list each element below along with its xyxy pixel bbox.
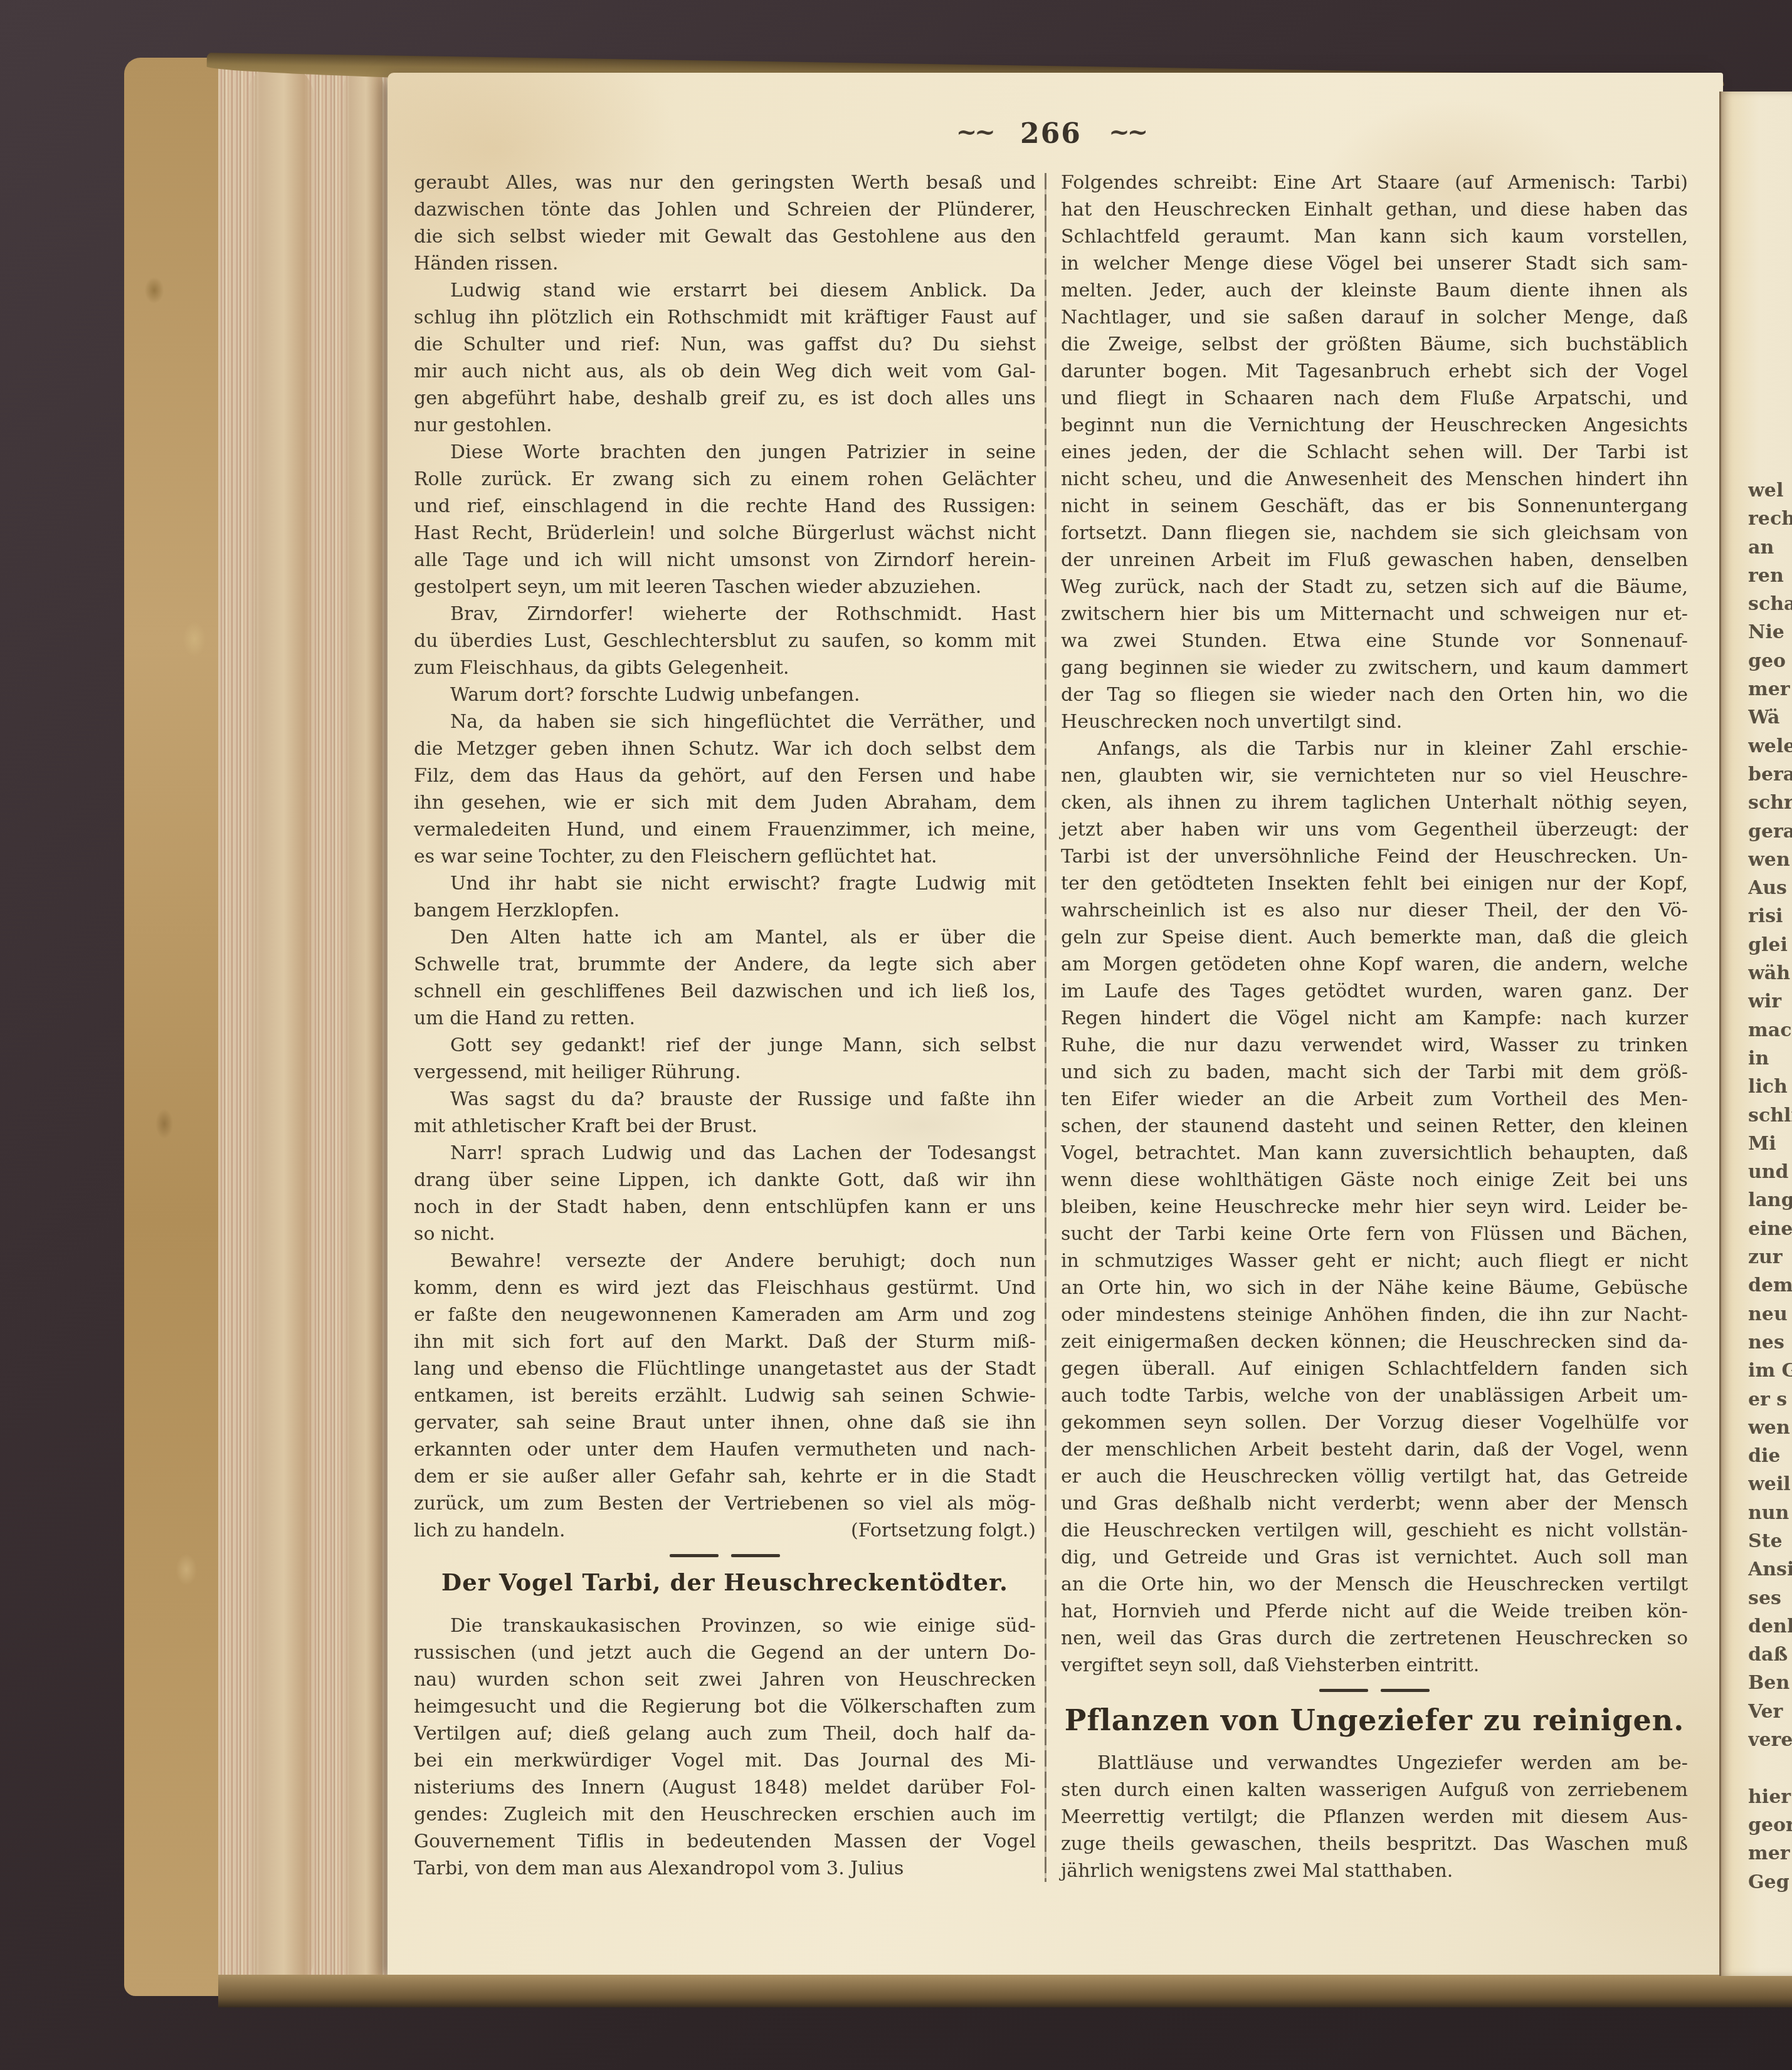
article-line: nicht scheu, und die Anwesenheit des Men… — [1061, 466, 1688, 493]
story-line: Narr! sprach Ludwig und das Lachen der T… — [414, 1140, 1036, 1167]
header-ornament-right: ~~ — [1109, 117, 1146, 147]
article-line: Regen hindert die Vögel nicht am Kampfe:… — [1061, 1005, 1688, 1032]
story-line: zum Fleischhaus, da gibts Gelegenheit. — [414, 654, 1036, 681]
article-line: der Tag so fliegen sie wieder nach den O… — [1061, 681, 1688, 708]
story-line: gestolpert seyn, um mit leeren Taschen w… — [414, 574, 1036, 601]
article-line: der menschlichen Arbeit besteht darin, d… — [1061, 1436, 1688, 1463]
edge-fragment: Ben — [1748, 1669, 1792, 1697]
story-line: die Schulter und rief: Nun, was gaffst d… — [414, 331, 1036, 358]
article-line: gegen überall. Auf einigen Schlachtfelde… — [1061, 1355, 1688, 1382]
article-line: auch todte Tarbis, welche von der unablä… — [1061, 1382, 1688, 1409]
book-bottom-edge — [218, 1975, 1792, 2007]
article-heading: Der Vogel Tarbi, der Heuschreckentödter. — [414, 1566, 1036, 1599]
article-line: die Heuschrecken vertilgen will, geschie… — [1061, 1517, 1688, 1544]
second-article-heading: Pflanzen von Ungeziefer zu reinigen. — [1061, 1701, 1688, 1740]
story-line: vermaledeiten Hund, und einem Frauenzimm… — [414, 816, 1036, 843]
header-ornament-left: ~~ — [956, 117, 993, 147]
story-closing-text: lich zu handeln. — [414, 1517, 565, 1544]
edge-fragment: scha — [1748, 590, 1792, 618]
article-line: gekommen seyn sollen. Der Vorzug dieser … — [1061, 1409, 1688, 1436]
story-line: zurück, um zum Besten der Vertriebenen s… — [414, 1490, 1036, 1517]
page-number: 266 — [1020, 118, 1082, 150]
edge-fragment: und — [1748, 1158, 1792, 1186]
article-line: nisteriums des Innern (August 1848) meld… — [414, 1774, 1036, 1801]
article-line: ter den getödteten Insekten fehlt bei ei… — [1061, 870, 1688, 897]
story-line: Den Alten hatte ich am Mantel, als er üb… — [414, 924, 1036, 951]
edge-fragment: schr — [1748, 789, 1792, 817]
article-line: zuge theils gewaschen, theils bespritzt.… — [1061, 1831, 1688, 1857]
story-line: schlug ihn plötzlich ein Rothschmidt mit… — [414, 304, 1036, 331]
story-line: die sich selbst wieder mit Gewalt das Ge… — [414, 223, 1036, 250]
story-line: ihn mit sich fort auf den Markt. Daß der… — [414, 1328, 1036, 1355]
edge-fragment: Nie — [1748, 618, 1792, 646]
right-column: Folgendes schreibt: Eine Art Staare (auf… — [1061, 169, 1688, 1884]
article-line: hat, Hornvieh und Pferde nicht auf die W… — [1061, 1598, 1688, 1625]
story-line: drang über seine Lippen, ich dankte Gott… — [414, 1167, 1036, 1194]
article-line: russischen (und jetzt auch die Gegend an… — [414, 1639, 1036, 1666]
article-line: am Morgen getödeten ohne Kopf waren, die… — [1061, 951, 1688, 978]
curled-page-edge — [246, 65, 315, 1991]
article-line: bei ein merkwürdiger Vogel mit. Das Jour… — [414, 1747, 1036, 1774]
article-line: gang beginnen sie wieder zu zwitschern, … — [1061, 654, 1688, 681]
article-line: eines jeden, der die Schlacht sehen will… — [1061, 439, 1688, 466]
edge-fragment: Ver — [1748, 1698, 1792, 1726]
facing-page-text-fragments: welrechanrenschaNiegeomerWäweleberaschrg… — [1748, 476, 1792, 1896]
article-line: bleiben, keine Heuschrecke mehr hier sey… — [1061, 1194, 1688, 1221]
story-line: ihn gesehen, wie er sich mit dem Juden A… — [414, 789, 1036, 816]
edge-fragment: er s — [1748, 1385, 1792, 1414]
story-line: so nicht. — [414, 1221, 1036, 1248]
article-line: beginnt nun die Vernichtung der Heuschre… — [1061, 412, 1688, 439]
edge-fragment: mac — [1748, 1016, 1792, 1044]
edge-fragment: daß — [1748, 1641, 1792, 1669]
article-line: wahrscheinlich ist es also nur dieser Th… — [1061, 897, 1688, 924]
article-line: geln zur Speise dient. Auch bemerkte man… — [1061, 924, 1688, 951]
story-line: Gott sey gedankt! rief der junge Mann, s… — [414, 1032, 1036, 1059]
article-line: gendes: Zugleich mit den Heuschrecken er… — [414, 1801, 1036, 1828]
story-line: vergessend, mit heiliger Rührung. — [414, 1059, 1036, 1086]
article-line: in schmutziges Wasser geht er nicht; auc… — [1061, 1248, 1688, 1274]
edge-fragment: die — [1748, 1442, 1792, 1470]
story-line: um die Hand zu retten. — [414, 1005, 1036, 1032]
story-line: entkamen, ist bereits erzählt. Ludwig sa… — [414, 1382, 1036, 1409]
edge-fragment: Geg — [1748, 1868, 1792, 1896]
edge-fragment: denk — [1748, 1612, 1792, 1641]
edge-fragment: mer — [1748, 1839, 1792, 1868]
facing-page-sliver: welrechanrenschaNiegeomerWäweleberaschrg… — [1719, 92, 1792, 1976]
story-line: dazwischen tönte das Johlen und Schreien… — [414, 196, 1036, 223]
story-line: er faßte den neugewonnenen Kameraden am … — [414, 1301, 1036, 1328]
book-cover-edge — [124, 58, 224, 1996]
article-line: hat den Heuschrecken Einhalt gethan, und… — [1061, 196, 1688, 223]
article-line: heimgesucht und die Regierung bot die Vö… — [414, 1693, 1036, 1720]
article-line: melten. Jeder, auch der kleinste Baum di… — [1061, 277, 1688, 304]
edge-fragment: mer — [1748, 675, 1792, 703]
article-line: der unreinen Arbeit im Fluß gewaschen ha… — [1061, 547, 1688, 574]
section-divider — [414, 1554, 1036, 1557]
article-line: an die Orte hin, wo der Mensch die Heusc… — [1061, 1571, 1688, 1598]
article-line: Die transkaukasischen Provinzen, so wie … — [414, 1612, 1036, 1639]
story-line: Ludwig stand wie erstarrt bei diesem Anb… — [414, 277, 1036, 304]
story-line: dem er sie außer aller Gefahr sah, kehrt… — [414, 1463, 1036, 1490]
article-line: und fliegt in Schaaren nach dem Fluße Ar… — [1061, 385, 1688, 412]
story-line: Warum dort? forschte Ludwig unbefangen. — [414, 681, 1036, 708]
article-line: in welcher Menge diese Vögel bei unserer… — [1061, 250, 1688, 277]
edge-fragment: gera — [1748, 817, 1792, 846]
edge-fragment: bera — [1748, 760, 1792, 789]
edge-fragment: vere — [1748, 1726, 1792, 1754]
edge-fragment: an — [1748, 533, 1792, 562]
gutter-crease — [1719, 92, 1721, 1976]
article-line: nen, glaubten wir, sie vernichteten nur … — [1061, 762, 1688, 789]
story-closing-line: lich zu handeln. (Fortsetzung folgt.) — [414, 1517, 1036, 1544]
edge-fragment: dem — [1748, 1271, 1792, 1300]
edge-fragment: geor — [1748, 1811, 1792, 1839]
article-line: Folgendes schreibt: Eine Art Staare (auf… — [1061, 169, 1688, 196]
edge-fragment: im G — [1748, 1357, 1792, 1385]
article-line: zwitschern hier bis um Mitternacht und s… — [1061, 601, 1688, 628]
story-line: gervater, sah seine Braut unter ihnen, o… — [414, 1409, 1036, 1436]
edge-fragment: lang — [1748, 1186, 1792, 1214]
article-line: Vertilgen auf; dieß gelang auch zum Thei… — [414, 1720, 1036, 1747]
edge-fragment: zur — [1748, 1243, 1792, 1271]
article-line: zeit einigermaßen decken können; die Heu… — [1061, 1328, 1688, 1355]
story-line: Hast Recht, Brüderlein! und solche Bürge… — [414, 520, 1036, 547]
article-line: an Orte hin, wo sich in der Nähe keine B… — [1061, 1274, 1688, 1301]
article-line: vergiftet seyn soll, daß Viehsterben ein… — [1061, 1652, 1688, 1679]
edge-fragment: ses — [1748, 1584, 1792, 1612]
article-line: wa zwei Stunden. Etwa eine Stunde vor So… — [1061, 628, 1688, 654]
story-line: die Metzger geben ihnen Schutz. War ich … — [414, 735, 1036, 762]
story-line: komm, denn es wird jezt das Fleischhaus … — [414, 1274, 1036, 1301]
edge-fragment: wel — [1748, 476, 1792, 505]
edge-fragment: ren — [1748, 562, 1792, 590]
edge-fragment: nun — [1748, 1499, 1792, 1527]
article-text: Die transkaukasischen Provinzen, so wie … — [414, 1612, 1036, 1882]
article-line: Ruhe, die nur dazu verwendet wird, Wasse… — [1061, 1032, 1688, 1059]
edge-fragment: wele — [1748, 732, 1792, 760]
edge-fragment: eine — [1748, 1215, 1792, 1243]
story-line: mir auch nicht aus, als ob dein Weg dich… — [414, 358, 1036, 385]
article-line: jetzt aber haben wir uns vom Gegentheil … — [1061, 816, 1688, 843]
article-line: Blattläuse und verwandtes Ungeziefer wer… — [1061, 1750, 1688, 1777]
edge-fragment: hier — [1748, 1783, 1792, 1811]
article-line: die Zweige, selbst der größten Bäume, si… — [1061, 331, 1688, 358]
story-line: Was sagst du da? brauste der Russige und… — [414, 1086, 1036, 1113]
article-line: Heuschrecken noch unvertilgt sind. — [1061, 708, 1688, 735]
edge-fragment: weil — [1748, 1470, 1792, 1498]
story-line: erkannten oder unter dem Haufen vermuthe… — [414, 1436, 1036, 1463]
edge-fragment: glei — [1748, 931, 1792, 959]
article-line: cken, als ihnen zu ihrem taglichen Unter… — [1061, 789, 1688, 816]
story-line: Na, da haben sie sich hingeflüchtet die … — [414, 708, 1036, 735]
story-line: Händen rissen. — [414, 250, 1036, 277]
article-line: Weg zurück, nach der Stadt zu, setzen si… — [1061, 574, 1688, 601]
article-line: darunter bogen. Mit Tagesanbruch erhebt … — [1061, 358, 1688, 385]
edge-fragment: risi — [1748, 902, 1792, 930]
edge-fragment: Wä — [1748, 703, 1792, 732]
article-line: Meerrettig vertilgt; die Pflanzen werden… — [1061, 1804, 1688, 1831]
edge-fragment: lich — [1748, 1073, 1792, 1101]
article-line: oder mindestens steinige Anhöhen finden,… — [1061, 1301, 1688, 1328]
article-line: und sich zu baden, macht sich der Tarbi … — [1061, 1059, 1688, 1086]
article-line: Tarbi ist der unversöhnliche Feind der H… — [1061, 843, 1688, 870]
section-divider — [1061, 1689, 1688, 1692]
article-line: im Laufe des Tages getödtet wurden, ware… — [1061, 978, 1688, 1005]
story-line: geraubt Alles, was nur den geringsten We… — [414, 169, 1036, 196]
article-line: nicht in seinem Geschäft, das er bis Son… — [1061, 493, 1688, 520]
article-line: Tarbi, von dem man aus Alexandropol vom … — [414, 1855, 1036, 1882]
article-text-continued: Folgendes schreibt: Eine Art Staare (auf… — [1061, 169, 1688, 1679]
article-line: sten durch einen kalten wasserigen Aufgu… — [1061, 1777, 1688, 1804]
edge-fragment: geo — [1748, 647, 1792, 675]
story-line: Schwelle trat, brummte der Andere, da le… — [414, 951, 1036, 978]
story-line: schnell ein geschliffenes Beil dazwische… — [414, 978, 1036, 1005]
edge-fragment: wen — [1748, 846, 1792, 874]
edge-fragment: neu — [1748, 1300, 1792, 1328]
stacked-page-fore-edge — [218, 65, 401, 1991]
edge-fragment: wäh — [1748, 959, 1792, 987]
article-line: schen, der staunend dasteht und seinen R… — [1061, 1113, 1688, 1140]
story-line: Filz, dem das Haus da gehört, auf den Fe… — [414, 762, 1036, 789]
story-line: alle Tage und ich will nicht umsonst von… — [414, 547, 1036, 574]
article-line: fortsetzt. Dann fliegen sie, nachdem sie… — [1061, 520, 1688, 547]
story-line: Bewahre! versezte der Andere beruhigt; d… — [414, 1248, 1036, 1274]
edge-fragment: schli — [1748, 1101, 1792, 1130]
edge-fragment: in — [1748, 1044, 1792, 1073]
left-column: geraubt Alles, was nur den geringsten We… — [414, 169, 1036, 1882]
edge-fragment: wir — [1748, 987, 1792, 1016]
book-scan-scene: welrechanrenschaNiegeomerWäweleberaschrg… — [0, 0, 1792, 2070]
story-line: du überdies Lust, Geschlechtersblut zu s… — [414, 628, 1036, 654]
edge-fragment: Mi — [1748, 1130, 1792, 1158]
page-header: ~~ 266 ~~ — [414, 118, 1688, 150]
article-line: Nachtlager, und sie saßen darauf in solc… — [1061, 304, 1688, 331]
column-divider-rule — [1045, 173, 1046, 1882]
curled-page-edge — [341, 65, 386, 1991]
article-line: wenn diese wohlthätigen Gäste noch einig… — [1061, 1167, 1688, 1194]
story-line: bangem Herzklopfen. — [414, 897, 1036, 924]
article-line: jährlich wenigstens zwei Mal statthaben. — [1061, 1857, 1688, 1884]
article-line: nau) wurden schon seit zwei Jahren von H… — [414, 1666, 1036, 1693]
continuation-note: (Fortsetzung folgt.) — [851, 1517, 1036, 1544]
story-line: Diese Worte brachten den jungen Patrizie… — [414, 439, 1036, 466]
story-line: mit athletischer Kraft bei der Brust. — [414, 1113, 1036, 1140]
article-line: Schlachtfeld geraumt. Man kann sich kaum… — [1061, 223, 1688, 250]
story-line: nur gestohlen. — [414, 412, 1036, 439]
article-line: Anfangs, als die Tarbis nur in kleiner Z… — [1061, 735, 1688, 762]
edge-fragment: wen — [1748, 1414, 1792, 1442]
edge-fragment: rech — [1748, 505, 1792, 533]
article-line: und Gras deßhalb nicht verderbt; wenn ab… — [1061, 1490, 1688, 1517]
story-line: Und ihr habt sie nicht erwischt? fragte … — [414, 870, 1036, 897]
edge-fragment: Ansi — [1748, 1555, 1792, 1584]
article-line: nen, weil das Gras durch die zertretenen… — [1061, 1625, 1688, 1652]
story-line: lang und ebenso die Flüchtlinge unangeta… — [414, 1355, 1036, 1382]
serial-story-text: geraubt Alles, was nur den geringsten We… — [414, 169, 1036, 1517]
article-line: Vogel, betrachtet. Man kann zuversichtli… — [1061, 1140, 1688, 1167]
article-line: er auch die Heuschrecken völlig vertilgt… — [1061, 1463, 1688, 1490]
article-line: ten Eifer wieder an die Arbeit zum Vorth… — [1061, 1086, 1688, 1113]
second-article-text: Blattläuse und verwandtes Ungeziefer wer… — [1061, 1750, 1688, 1884]
edge-fragment: Ste — [1748, 1527, 1792, 1555]
article-line: sucht der Tarbi keine Orte fern von Flüs… — [1061, 1221, 1688, 1248]
article-line: Gouvernement Tiflis in bedeutenden Masse… — [414, 1828, 1036, 1855]
edge-fragment: nes — [1748, 1328, 1792, 1357]
article-line: dig, und Getreide und Gras ist vernichte… — [1061, 1544, 1688, 1571]
story-line: und rief, einschlagend in die rechte Han… — [414, 493, 1036, 520]
edge-fragment — [1748, 1754, 1792, 1782]
story-line: gen abgeführt habe, deshalb greif zu, es… — [414, 385, 1036, 412]
story-line: Rolle zurück. Er zwang sich zu einem roh… — [414, 466, 1036, 493]
story-line: es war seine Tochter, zu den Fleischern … — [414, 843, 1036, 870]
story-line: noch in der Stadt haben, denn entschlüpf… — [414, 1194, 1036, 1221]
story-line: Brav, Zirndorfer! wieherte der Rothschmi… — [414, 601, 1036, 628]
edge-fragment: Aus — [1748, 874, 1792, 902]
